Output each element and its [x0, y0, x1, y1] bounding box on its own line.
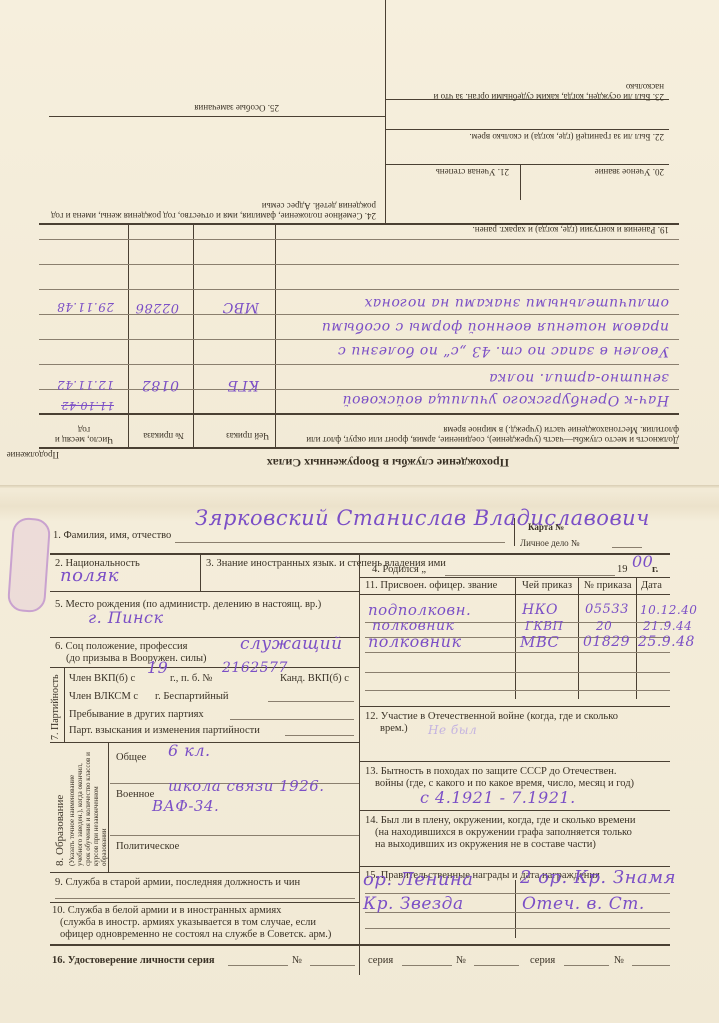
field-7-line-2-underline — [268, 701, 354, 702]
service-row-1-date: 12.11.42 — [57, 379, 114, 391]
field-16-label: 16. Удостоверение личности серия — [52, 955, 215, 967]
field-10-line3: офицер одновременно не состоял на службе… — [60, 929, 331, 941]
field-7-line-4-label: Парт. взыскания и изменения партийности — [69, 725, 260, 737]
field-6-value: служащий — [240, 638, 343, 650]
field-24-label: 24. Семейное положение, фамилия, имя и о… — [46, 201, 376, 221]
divider — [50, 872, 359, 873]
service-table-header-order-no: № приказа — [143, 431, 184, 441]
rank-row-3-whose-order: МВС — [520, 636, 559, 648]
underline — [632, 965, 670, 966]
education-military-value-1: школа связи 1926. — [168, 780, 325, 792]
col-divider — [515, 880, 516, 938]
field-22-label: 22. Был ли за границей (где, когда) и ск… — [469, 132, 664, 142]
award-4: Отеч. в. Ст. — [522, 898, 645, 910]
service-row-2-order-no: 02286 — [135, 301, 179, 313]
field-7-line-1-value: 19 — [147, 662, 168, 674]
service-row-2-whose-order: МВС — [222, 301, 259, 313]
col-divider — [275, 225, 276, 449]
underline — [228, 965, 288, 966]
service-row-2-position: Уволен в запас по ст. 43 „с“ по болезни … — [279, 291, 669, 363]
rank-row-3-rank: полковник — [368, 636, 462, 648]
field-16-no-2: № — [456, 955, 466, 967]
award-3: Кр. Звезда — [363, 898, 464, 910]
service-row-1-whose-order: КГБ — [227, 379, 259, 391]
field-16-no-3: № — [614, 955, 624, 967]
row-line — [39, 239, 679, 240]
fold-line — [0, 485, 719, 488]
field-16-series-3: серия — [530, 955, 555, 967]
field-4-year-prefix: 19 — [617, 564, 628, 576]
field-4-year-suffix: г. — [652, 564, 658, 576]
field-7-line-3-underline — [230, 719, 354, 720]
field-11-header-date: Дата — [641, 580, 662, 592]
education-general-value: 6 кл. — [168, 745, 211, 757]
row-line — [365, 690, 670, 691]
field-6-label-line2: (до призыва в Вооружен. силы) — [66, 653, 207, 665]
rank-row-2-order-no: 20 — [596, 620, 612, 632]
divider — [360, 810, 670, 811]
field-8-side-label: 8. Образование — [54, 748, 66, 866]
col-divider — [108, 742, 109, 872]
field-12-line2: врем.) — [380, 723, 408, 735]
field-14-line2: (на находившихся в окружении графа запол… — [375, 827, 632, 839]
field-23-label: 23. Был ли осужден, когда, каким судебны… — [394, 82, 664, 102]
field-11-header-rank: 11. Присвоен. офицер. звание — [365, 580, 497, 592]
divider — [50, 591, 359, 592]
field-8-side-note: (Указать точное наименование учебного за… — [68, 748, 106, 866]
divider — [50, 902, 359, 903]
education-general-label: Общее — [116, 752, 146, 764]
field-7-line-1-end: Канд. ВКП(б) с — [280, 673, 349, 685]
rank-row-2-date: 21.9.44 — [643, 620, 692, 632]
divider — [50, 553, 670, 555]
continuation-label: Продолжение — [7, 450, 59, 460]
service-table-header-position: Должность и место службы—часть (учрежден… — [269, 425, 679, 445]
award-1: ор. Ленина — [363, 874, 474, 886]
field-9-label: 9. Служба в старой армии, последняя долж… — [55, 877, 300, 889]
rank-row-1-rank: подполковн. — [368, 604, 471, 616]
divider — [39, 413, 679, 415]
row-line — [365, 672, 670, 673]
divider — [39, 447, 679, 449]
divider — [386, 164, 669, 165]
row-line — [39, 264, 679, 265]
rank-row-1-whose-order: НКО — [522, 604, 558, 616]
field-10-line1: 10. Служба в белой армии и в иностранных… — [52, 905, 281, 917]
field-4-year-value: 00 — [632, 556, 653, 568]
col-divider — [578, 577, 579, 699]
card-number-label: Карта № — [528, 522, 564, 532]
rank-row-3-date: 25.9.48 — [638, 636, 695, 648]
rank-row-3-order-no: 01829 — [583, 636, 630, 648]
field-25-label: 25. Особые замечания — [194, 103, 279, 113]
field-7-line-1-card-no: 2162577 — [222, 662, 288, 674]
divider — [50, 667, 359, 668]
row-line — [365, 928, 670, 929]
field-13-line1: 13. Бытность в походах по защите СССР до… — [365, 766, 616, 778]
education-military-label: Военное — [116, 789, 154, 801]
row-line — [39, 364, 679, 365]
field-7-side-label: 7. Партийность — [50, 672, 62, 740]
field-14-line1: 14. Был ли в плену, окружении, когда, гд… — [365, 815, 636, 827]
field-7-line-1-mid: г., п. б. № — [170, 673, 212, 685]
field-19-label: 19. Ранения и контузии (где, когда) и ха… — [473, 225, 670, 235]
divider — [110, 835, 359, 836]
field-4-label: 4. Родился „ — [372, 564, 426, 576]
underline — [564, 965, 609, 966]
field-10-line2: (служба в иностр. армиях указывается в т… — [60, 917, 316, 929]
divider — [386, 129, 669, 130]
divider — [360, 594, 670, 595]
service-row-1-date-crossed: 11.10.42 — [61, 399, 114, 411]
col-divider — [515, 577, 516, 699]
card-reverse-side: Продолжение Прохождение службы в Вооруже… — [0, 0, 719, 485]
field-16-no-1: № — [292, 955, 302, 967]
field-5-value: г. Пинск — [88, 612, 164, 624]
field-2-value: поляк — [60, 570, 119, 582]
row-line — [365, 652, 670, 653]
field-16-series-2: серия — [368, 955, 393, 967]
divider — [360, 761, 670, 762]
underline — [310, 965, 355, 966]
rank-row-1-date: 10.12.40 — [640, 604, 697, 616]
service-row-1-position: Нач-к Оренбургского училища войсковой зе… — [279, 367, 669, 411]
field-1-value: Зярковский Станислав Владиславович — [195, 512, 650, 524]
service-table-header-date: Число, месяц и год — [49, 425, 119, 445]
col-divider — [64, 667, 65, 742]
stamp-mark — [7, 517, 51, 613]
field-14-line3: на выходивших из окружения не в составе … — [375, 839, 596, 851]
field-21-label: 21. Ученая степень — [436, 167, 509, 177]
field-12-value-faint: Не был — [428, 724, 477, 736]
rank-row-2-rank: полковник — [372, 620, 454, 632]
col-divider — [514, 518, 515, 546]
rank-row-1-order-no: 05533 — [585, 604, 629, 616]
education-military-value-2: ВАФ-34. — [152, 800, 219, 812]
field-12-line1: 12. Участие в Отечественной войне (когда… — [365, 711, 618, 723]
col-divider — [359, 555, 360, 975]
field-1-underline — [175, 542, 505, 543]
field-7-line-1-label: Член ВКП(б) с — [69, 673, 135, 685]
field-9-underline — [55, 898, 355, 899]
col-divider — [200, 555, 201, 591]
field-7-line-2-mid: г. Беспартийный — [155, 691, 229, 703]
service-table-header-whose-order: Чей приказ — [226, 431, 269, 441]
row-line — [39, 289, 679, 290]
field-11-header-order-no: № приказа — [584, 580, 632, 592]
underline — [402, 965, 452, 966]
rank-row-2-whose-order: ГКВП — [525, 620, 564, 632]
field-7-line-2-label: Член ВЛКСМ с — [69, 691, 138, 703]
education-political-label: Политическое — [116, 841, 179, 853]
field-13-value: с 4.1921 - 7.1921. — [420, 792, 576, 804]
section-title: Прохождение службы в Вооруженных Силах — [267, 457, 509, 469]
field-7-line-3-label: Пребывание в других партиях — [69, 709, 204, 721]
col-divider — [636, 577, 637, 699]
col-divider — [193, 225, 194, 449]
col-divider — [385, 0, 386, 225]
personal-file-label: Личное дело № — [520, 538, 580, 548]
underline — [474, 965, 519, 966]
divider — [49, 116, 386, 117]
field-4-underline — [445, 575, 615, 576]
field-20-label: 20. Ученое звание — [595, 167, 664, 177]
col-divider — [128, 225, 129, 449]
divider — [360, 706, 670, 707]
divider — [50, 944, 670, 946]
field-7-line-4-underline — [285, 735, 354, 736]
award-2: 2 ор. Кр. Знамя — [520, 872, 676, 884]
service-row-1-order-no: 0182 — [141, 379, 179, 391]
field-6-label-line1: 6. Соц положение, профессия — [55, 641, 188, 653]
service-row-2-date: 29.11.48 — [57, 301, 114, 313]
col-divider — [520, 165, 521, 200]
field-11-header-whose-order: Чей приказ — [522, 580, 572, 592]
personal-file-underline — [612, 547, 642, 548]
field-1-label: 1. Фамилия, имя, отчество — [53, 530, 171, 542]
